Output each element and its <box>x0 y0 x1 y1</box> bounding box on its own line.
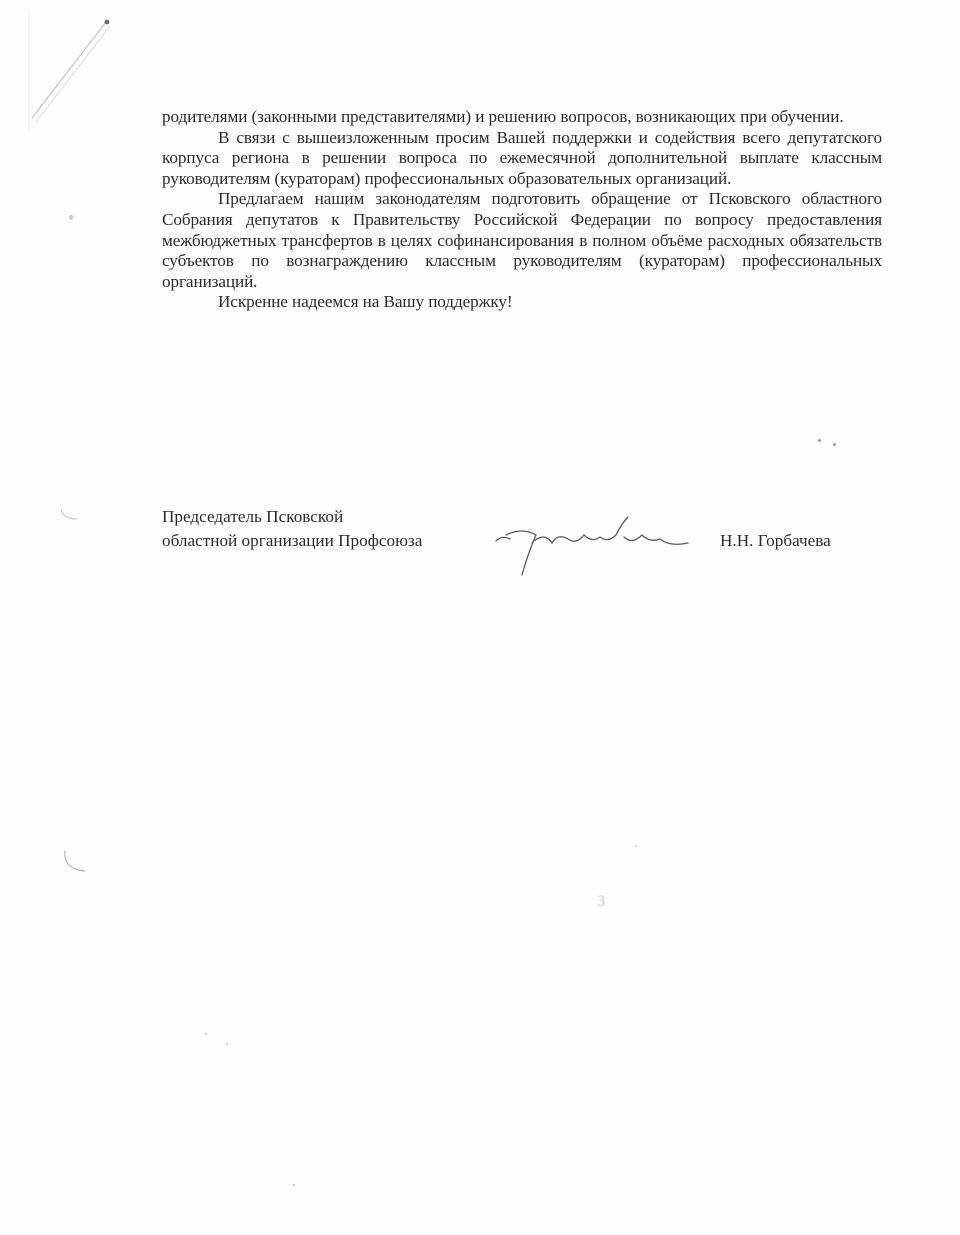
handwritten-signature <box>492 513 692 583</box>
signature-block: Председатель Псковской областной организ… <box>162 505 882 553</box>
speck <box>226 1043 228 1045</box>
signatory-name: Н.Н. Горбачева <box>720 529 831 553</box>
speck <box>293 1184 295 1186</box>
speck <box>69 215 73 220</box>
paragraph-closing: Искренне надеемся на Вашу поддержку! <box>162 292 882 313</box>
margin-mark <box>55 845 95 880</box>
letter-body: родителями (законными представителями) и… <box>162 107 882 313</box>
speck <box>818 439 821 442</box>
signatory-title-line2: областной организации Профсоюза <box>162 529 422 553</box>
paragraph-request-support: В связи с вышеизложенным просим Вашей по… <box>162 128 882 190</box>
pen-stroke-mark <box>10 0 120 130</box>
paragraph-continuation: родителями (законными представителями) и… <box>162 107 882 128</box>
paragraph-proposal: Предлагаем нашим законодателям подготови… <box>162 189 882 292</box>
speck <box>635 845 637 847</box>
document-page: 3 родителями (законными представителями)… <box>0 0 960 1235</box>
faint-page-number: 3 <box>597 893 605 911</box>
speck <box>833 443 836 446</box>
margin-mark <box>55 505 85 525</box>
speck <box>205 1033 207 1035</box>
